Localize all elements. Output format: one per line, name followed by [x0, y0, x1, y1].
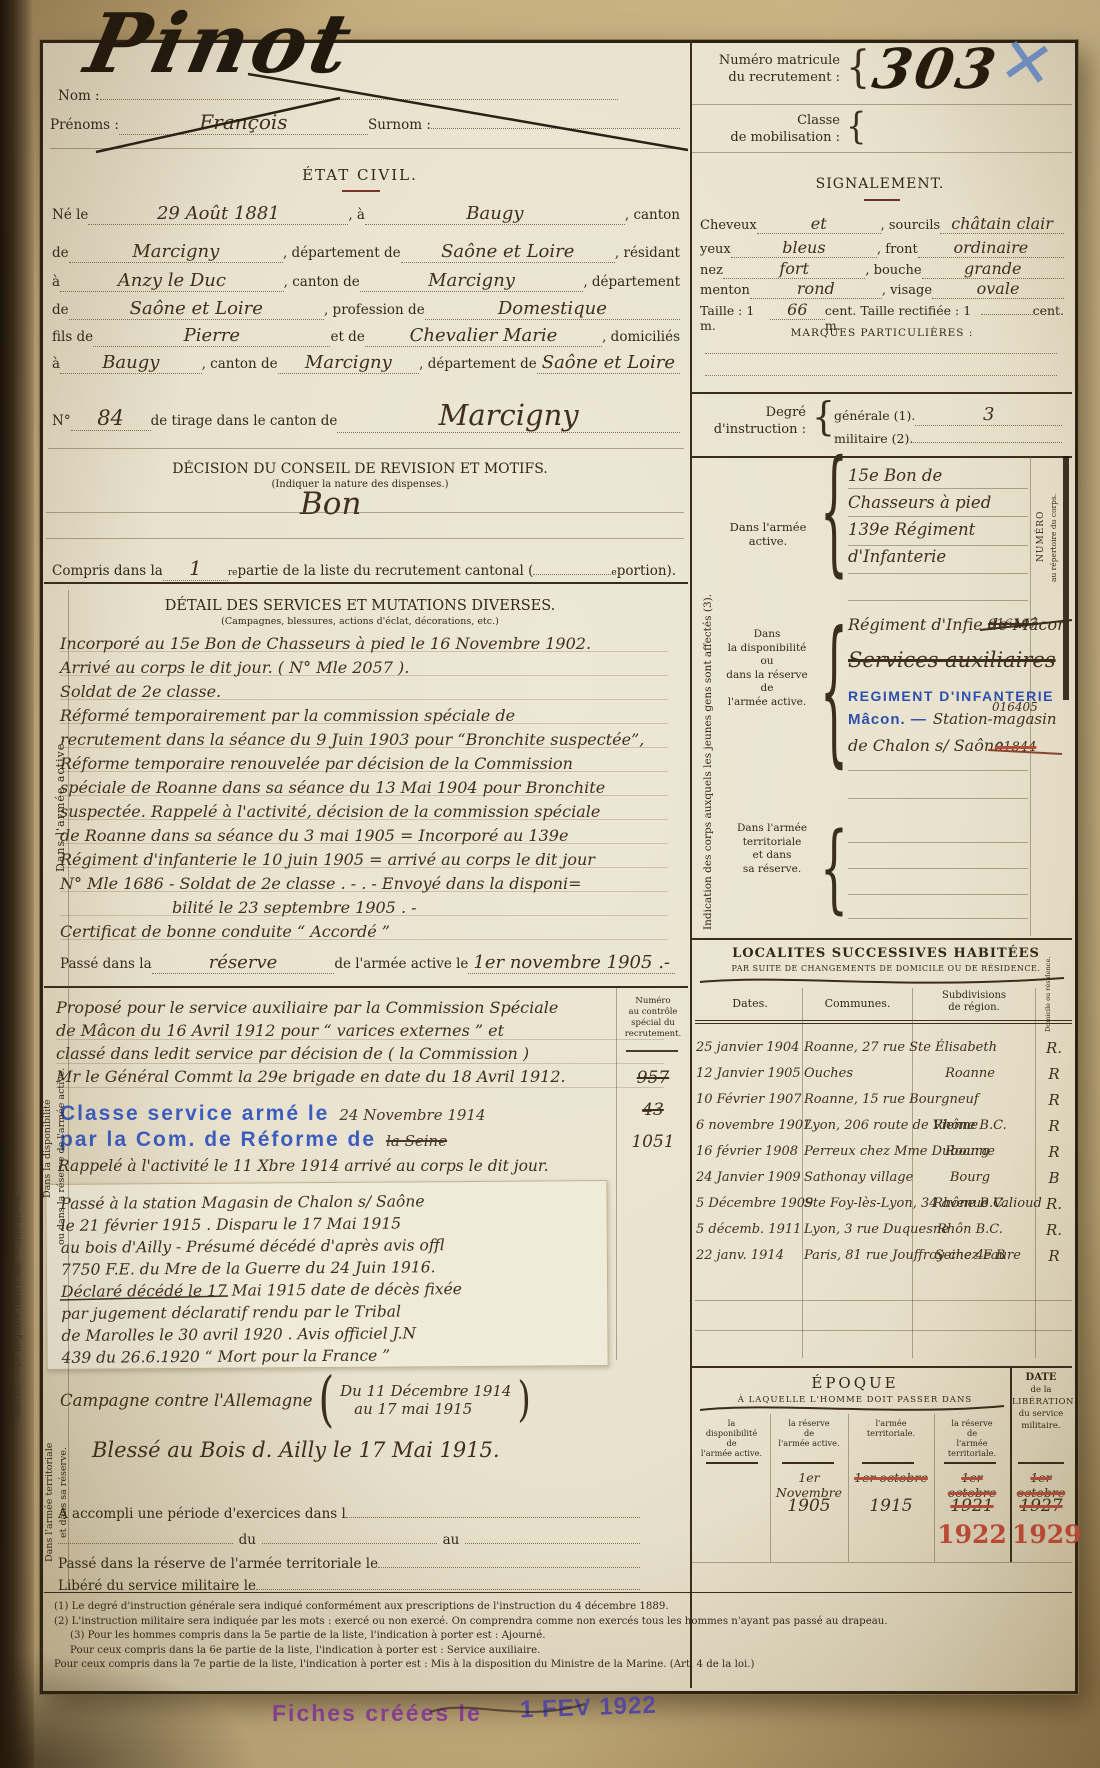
label: nez [700, 263, 723, 278]
cheveux-value: et [757, 214, 881, 234]
label: de l'armée active le [334, 956, 468, 972]
corps-dispo-entry-4-num: 01844 [995, 740, 1036, 755]
label: , front [877, 242, 918, 257]
margin-label-dispo-1: Dans la disponibilité [42, 1099, 53, 1198]
service-line: bilité le 23 septembre 1905 . - [60, 896, 668, 920]
row-subdivision: Roanne [918, 1066, 1022, 1081]
label: , département [583, 274, 680, 290]
label: , canton de [284, 274, 360, 290]
sup: re [228, 568, 238, 578]
epoque-liberation-correction: 1929 [1012, 1520, 1070, 1549]
signalement-title: SIGNALEMENT. [740, 176, 1020, 192]
row-mark: R [1040, 1091, 1068, 1109]
field [465, 1543, 640, 1544]
corps-dispo-entry-3-num: 016405 [992, 700, 1038, 714]
footnote-line: (3) Pour les hommes compris dans la 5e p… [54, 1629, 1058, 1644]
col-header-communes: Communes. [805, 997, 910, 1010]
row-mark: R. [1040, 1039, 1068, 1057]
field [262, 1543, 437, 1544]
yeux-value: bleus [731, 238, 877, 258]
label: Passé dans la réserve de l'armée territo… [58, 1556, 378, 1572]
birth-date: 29 Août 1881 [88, 203, 348, 225]
epoque-col2-header: la réserve de l'armée active. [772, 1418, 846, 1448]
row-commune: Roanne, 15 rue Bourgneuf [804, 1092, 979, 1107]
etat-line-5: fils de Pierre et de Chevalier Marie , d… [52, 325, 680, 347]
service-line: recrutement dans la séance du 9 Juin 190… [60, 728, 668, 752]
corps-entry: 15e Bon de Chasseurs à pied [848, 462, 1033, 516]
stamp-line-2: par la Com. de Réforme de la Seine [60, 1128, 447, 1152]
fiches-creees-stamp: Fiches créées le [272, 1700, 482, 1727]
father-name: Pierre [93, 325, 330, 347]
row-commune: Ste Foy-lès-Lyon, 34 avenue Valioud [804, 1196, 1042, 1211]
label: portion). [617, 563, 676, 579]
row-mark: R [1040, 1247, 1068, 1265]
menton-value: rond [750, 279, 882, 299]
corps-side-label: Indication des corps auxquels les jeunes… [702, 594, 714, 930]
front-value: ordinaire [918, 238, 1064, 258]
epoque-col4-header: la réserve de l'armée territoriale. [936, 1418, 1008, 1458]
row-commune: Paris, 81 rue Jouffroy chez Faure [804, 1248, 1021, 1263]
etat-line-2: de Marcigny , département de Saône et Lo… [52, 241, 680, 263]
com-reforme-stamp: par la Com. de Réforme de [60, 1128, 376, 1152]
label: cent. [1033, 303, 1064, 318]
passe-reserve-row: Passé dans la réserve de l'armée active … [60, 952, 675, 974]
nom-label: Nom : [58, 88, 100, 104]
visage-value: ovale [932, 279, 1064, 299]
label: , profession de [324, 302, 425, 318]
corps-dispo-entry-2-struck: Services auxiliaires [848, 648, 1056, 672]
service-line: suspectée. Rappelé à l'activité, décisio… [60, 800, 668, 824]
localites-row: 10 Février 1907 Roanne, 15 rue Bourgneuf… [690, 1090, 1072, 1116]
numero-corps-label-2: au répertoire du corps. [1049, 494, 1058, 582]
label: générale (1). [834, 408, 915, 423]
exercices-row: A accompli une période d'exercices dans … [58, 1506, 640, 1522]
instruction-militaire-row: militaire (2). [834, 431, 1062, 446]
decision-value: Bon [300, 486, 361, 522]
localites-table: 25 janvier 1904 Roanne, 27 rue Ste Élisa… [690, 1038, 1072, 1272]
etat-line-6: à Baugy , canton de Marcigny , départeme… [52, 352, 680, 374]
corps-entry: 139e Régiment d'Infanterie [848, 516, 1033, 570]
surnom-label: Surnom : [368, 117, 431, 133]
service-line: classé dans ledit service par décision d… [56, 1042, 664, 1065]
epoque-title: ÉPOQUE [700, 1374, 1010, 1392]
row-commune: Ouches [804, 1066, 853, 1081]
corps-active-entries: 15e Bon de Chasseurs à pied139e Régiment… [848, 462, 1033, 570]
row-mark: R. [1040, 1195, 1068, 1213]
corps-dispo-entry-1-num: 016107 [988, 617, 1038, 632]
surnom-field [431, 128, 680, 129]
reserve-date: 1er novembre 1905 .- [468, 952, 675, 974]
scanned-military-register-page: Guerre. — 2e Registre matricule. — 338-8… [0, 0, 1100, 1768]
yeux-row: yeux bleus , front ordinaire [700, 238, 1064, 258]
classement-date: 24 Novembre 1914 [339, 1106, 485, 1124]
sourcils-value: châtain clair [940, 214, 1064, 234]
matricule-number: 303 [868, 36, 1003, 101]
macon-stamp: Mâcon. — [848, 711, 927, 728]
au-label: au [437, 1532, 466, 1548]
service-line: Certificat de bonne conduite “ Accordé ” [60, 920, 668, 944]
localites-title: LOCALITES SUCCESSIVES HABITÉES [716, 946, 1056, 961]
classe-mobilisation-label: Classe de mobilisation : [698, 112, 840, 146]
controle-number: 43 [618, 1094, 688, 1126]
label: N° [52, 413, 71, 429]
spine-text: Guerre. — 2e Registre matricule. — 338-8… [12, 1192, 23, 1420]
field [58, 1543, 233, 1544]
etat-line-3: à Anzy le Duc , canton de Marcigny , dép… [52, 270, 680, 292]
label: , bouche [865, 263, 921, 278]
label: , visage [882, 283, 932, 298]
localites-row: 24 Janvier 1909 Sathonay village Bourg B [690, 1168, 1072, 1194]
prenoms-label: Prénoms : [50, 117, 119, 133]
epoque-subtitle: À LAQUELLE L'HOMME DOIT PASSER DANS [700, 1395, 1010, 1405]
etat-civil-title: ÉTAT CIVIL. [150, 166, 570, 184]
canton: Marcigny [69, 241, 283, 263]
taille-rectifiee-field [981, 314, 1032, 315]
footnote-line: Pour ceux compris dans la 7e partie de l… [54, 1658, 1058, 1673]
label: menton [700, 283, 750, 298]
row-commune: Sathonay village [804, 1170, 913, 1185]
campagne-row: Campagne contre l'Allemagne ( Du 11 Déce… [60, 1380, 531, 1420]
epoque-date-header: DATE de la LIBÉRATION du service militai… [1012, 1372, 1070, 1432]
service-line: Arrivé au corps le dit jour. ( N° Mle 20… [60, 656, 668, 680]
matricule-label: Numéro matricule du recrutement : [698, 52, 840, 86]
campagne-label: Campagne contre l'Allemagne [60, 1391, 313, 1410]
label: Cheveux [700, 218, 757, 233]
tirage-row: N° 84 de tirage dans le canton de Marcig… [52, 398, 680, 433]
service-line: Réformé temporairement par la commission… [60, 704, 668, 728]
du-au-row: du au [58, 1532, 640, 1548]
controle-number: 1051 [618, 1126, 688, 1158]
book-spine [0, 0, 34, 1768]
instruction-militaire-field [913, 442, 1062, 443]
controle-numbers: 957431051 [618, 1062, 688, 1158]
col-header-subdivisions: Subdivisions de région. [915, 990, 1033, 1014]
departement: Saône et Loire [69, 298, 324, 320]
canton: Marcigny [360, 270, 584, 292]
label: de tirage dans le canton de [151, 413, 338, 429]
nom-field [100, 99, 618, 100]
row-mark: R. [1040, 1221, 1068, 1239]
field [378, 1567, 640, 1568]
residence: Anzy le Duc [60, 270, 284, 292]
name-signature: Pinot [78, 0, 363, 92]
mother-name: Chevalier Marie [365, 325, 602, 347]
portion-field [533, 574, 611, 575]
localites-row: 5 décemb. 1911 Lyon, 3 rue Duquesne Rhôn… [690, 1220, 1072, 1246]
row-date: 24 Janvier 1909 [696, 1170, 801, 1185]
row-subdivision: Bourg [918, 1170, 1022, 1185]
label: à [52, 356, 60, 372]
reforme-place: la Seine [386, 1132, 447, 1150]
reserve-value: réserve [152, 952, 335, 974]
label: et de [330, 329, 364, 345]
label: Passé dans la [60, 956, 152, 972]
disponibilite-service-text: Proposé pour le service auxiliaire par l… [56, 996, 664, 1088]
classe-service-arme-stamp: Classe service armé le [60, 1102, 329, 1126]
tirage-number: 84 [71, 406, 151, 431]
localites-row: 16 février 1908 Perreux chez Mme Dubourg… [690, 1142, 1072, 1168]
row-commune: Perreux chez Mme Dubourg [804, 1144, 989, 1159]
compris-row: Compris dans la 1 re partie de la liste … [52, 556, 680, 581]
row-mark: B [1040, 1169, 1068, 1187]
row-mark: R [1040, 1143, 1068, 1161]
numero-corps-label-1: NUMÉRO [1036, 511, 1046, 562]
corps-dispo-entry-4: de Chalon s/ Saône [848, 736, 1004, 755]
field [256, 1589, 640, 1590]
row-commune: Lyon, 3 rue Duquesne [804, 1222, 949, 1237]
localites-row: 5 Décembre 1909 Ste Foy-lès-Lyon, 34 ave… [690, 1194, 1072, 1220]
departement: Saône et Loire [537, 352, 680, 374]
marques-label: MARQUES PARTICULIÈRES : [700, 327, 1064, 339]
instruction-label: Degré d'instruction : [700, 404, 806, 438]
corps-territoriale-label: Dans l'armée territoriale et dans sa rés… [728, 822, 816, 876]
margin-label-armee-active: Dans l'armée active. [54, 738, 67, 872]
prenoms-row: Prénoms : François Surnom : [50, 110, 680, 135]
epoque-col3-header: l'armée territoriale. [850, 1418, 932, 1438]
label: , résidant [615, 245, 680, 261]
campagne-from: Du 11 Décembre 1914 [340, 1382, 511, 1400]
epoque-res-terr-correction: 1922 [936, 1520, 1008, 1549]
prenoms-value: François [119, 110, 368, 135]
label: A accompli une période d'exercices dans … [58, 1506, 346, 1522]
localites-row: 6 novembre 1907 Lyon, 206 route de Vienn… [690, 1116, 1072, 1142]
etat-line-4: de Saône et Loire , profession de Domest… [52, 298, 680, 320]
row-date: 5 décemb. 1911 [696, 1222, 801, 1237]
blesse-line: Blessé au Bois d. Ailly le 17 Mai 1915. [92, 1438, 500, 1462]
row-mark: R [1040, 1117, 1068, 1135]
menton-row: menton rond , visage ovale [700, 279, 1064, 299]
epoque-res-terr-value-2: 1921 [936, 1496, 1008, 1516]
exercices-field [346, 1517, 640, 1518]
label: partie de la liste du recrutement canton… [238, 563, 534, 579]
etat-line-1: Né le 29 Août 1881 , à Baugy , canton [52, 203, 680, 225]
footnote-line: (2) L'instruction militaire sera indiqué… [54, 1615, 1058, 1630]
binding-ink-bar [1063, 456, 1069, 700]
date-stamp: 1 FEV 1922 [520, 1692, 658, 1725]
service-line: Régiment d'infanterie le 10 juin 1905 = … [60, 848, 668, 872]
service-line: Mr le Général Commt la 29e brigade en da… [56, 1065, 664, 1088]
epoque-reserve-value-2: 1905 [772, 1496, 846, 1516]
row-date: 25 janvier 1904 [696, 1040, 799, 1055]
service-line: Réforme temporaire renouvelée par décisi… [60, 752, 668, 776]
cheveux-row: Cheveux et , sourcils châtain clair [700, 214, 1064, 234]
label: de [52, 302, 69, 318]
label: yeux [700, 242, 731, 257]
nez-row: nez fort , bouche grande [700, 259, 1064, 279]
row-date: 10 Février 1907 [696, 1092, 802, 1107]
margin-label-terr-1: Dans l'armée territoriale [44, 1443, 55, 1562]
service-line: Proposé pour le service auxiliaire par l… [56, 996, 664, 1019]
footnote-line: Pour ceux compris dans la 6e partie de l… [54, 1644, 1058, 1659]
label: , à [348, 207, 365, 223]
corps-dispo-label: Dans la disponibilité ou dans la réserve… [714, 628, 820, 709]
row-date: 6 novembre 1907 [696, 1118, 811, 1133]
label: , département de [283, 245, 401, 261]
corps-active-label: Dans l'armée active. [726, 520, 810, 548]
localites-subtitle: PAR SUITE DE CHANGEMENTS DE DOMICILE OU … [700, 964, 1072, 973]
service-line: Incorporé au 15e Bon de Chasseurs à pied… [60, 632, 668, 656]
label: , sourcils [881, 218, 941, 233]
row-commune: Lyon, 206 route de Vienne [804, 1118, 978, 1133]
epoque-territoriale-value-2: 1915 [850, 1496, 932, 1516]
label: de [52, 245, 69, 261]
armee-active-service-text: Incorporé au 15e Bon de Chasseurs à pied… [60, 632, 668, 944]
service-line: de Roanne dans sa séance du 3 mai 1905 =… [60, 824, 668, 848]
departement: Saône et Loire [401, 241, 615, 263]
service-line: de Mâcon du 16 Avril 1912 pour “ varices… [56, 1019, 664, 1042]
stamp-line-1: Classe service armé le 24 Novembre 1914 [60, 1102, 486, 1126]
localites-row: 22 janv. 1914 Paris, 81 rue Jouffroy che… [690, 1246, 1072, 1272]
controle-number: 957 [618, 1062, 688, 1094]
label: Né le [52, 207, 88, 223]
epoque-liberation-value-2: 1927 [1012, 1496, 1070, 1516]
label: Compris dans la [52, 563, 163, 579]
instruction-generale-value: 3 [915, 404, 1062, 426]
birth-place: Baugy [365, 203, 625, 225]
controle-header: Numéro au contrôle spécial du recrutemen… [618, 996, 688, 1040]
epoque-col1-header: la disponibilité de l'armée active. [695, 1418, 768, 1458]
label: , département de [419, 356, 537, 372]
label: à [52, 274, 60, 290]
territoriale-row: Passé dans la réserve de l'armée territo… [58, 1556, 640, 1572]
taille-value: 66 [770, 300, 825, 320]
canton: Marcigny [278, 352, 420, 374]
pasted-slip: Passé à la station Magasin de Chalon s/ … [45, 1180, 608, 1370]
nez-value: fort [723, 259, 865, 279]
profession: Domestique [425, 298, 680, 320]
services-subtitle: (Campagnes, blessures, actions d'éclat, … [70, 616, 650, 627]
decision-title: DÉCISION DU CONSEIL DE REVISION ET MOTIF… [70, 461, 650, 477]
services-title: DÉTAIL DES SERVICES ET MUTATIONS DIVERSE… [70, 598, 650, 614]
liste-partie-value: 1 [163, 556, 228, 581]
margin-label-dispo-2: ou dans la réserve de l'armée active. [56, 1068, 67, 1245]
bouche-value: grande [922, 259, 1064, 279]
col-header-dates: Dates. [700, 997, 800, 1010]
service-line: Soldat de 2e classe. [60, 680, 668, 704]
label: , canton [625, 207, 680, 223]
label: , domiciliés [602, 329, 680, 345]
nom-row: Nom : [58, 88, 618, 104]
du-label: du [233, 1532, 262, 1548]
label: , canton de [202, 356, 278, 372]
label: fils de [52, 329, 93, 345]
tirage-canton: Marcigny [337, 398, 680, 433]
localites-row: 12 Janvier 1905 Ouches Roanne R [690, 1064, 1072, 1090]
footnote-line: (1) Le degré d'instruction générale sera… [54, 1600, 1058, 1615]
row-date: 5 Décembre 1909 [696, 1196, 813, 1211]
campagne-to: au 17 mai 1915 [340, 1400, 511, 1418]
row-date: 16 février 1908 [696, 1144, 798, 1159]
service-line: N° Mle 1686 - Soldat de 2e classe . - . … [60, 872, 668, 896]
row-mark: R [1040, 1065, 1068, 1083]
domicile: Baugy [60, 352, 202, 374]
service-line: spéciale de Roanne dans sa séance du 13 … [60, 776, 668, 800]
localites-row: 25 janvier 1904 Roanne, 27 rue Ste Élisa… [690, 1038, 1072, 1064]
row-date: 12 Janvier 1905 [696, 1066, 801, 1081]
instruction-generale-row: générale (1). 3 [834, 404, 1062, 426]
rappel-line: Rappelé à l'activité le 11 Xbre 1914 arr… [58, 1157, 549, 1175]
row-date: 22 janv. 1914 [696, 1248, 784, 1263]
epoque-territoriale-value-1: 1er octobre [850, 1470, 932, 1485]
footnotes: (1) Le degré d'instruction générale sera… [54, 1600, 1058, 1673]
row-commune: Roanne, 27 rue Ste Élisabeth [804, 1040, 997, 1055]
